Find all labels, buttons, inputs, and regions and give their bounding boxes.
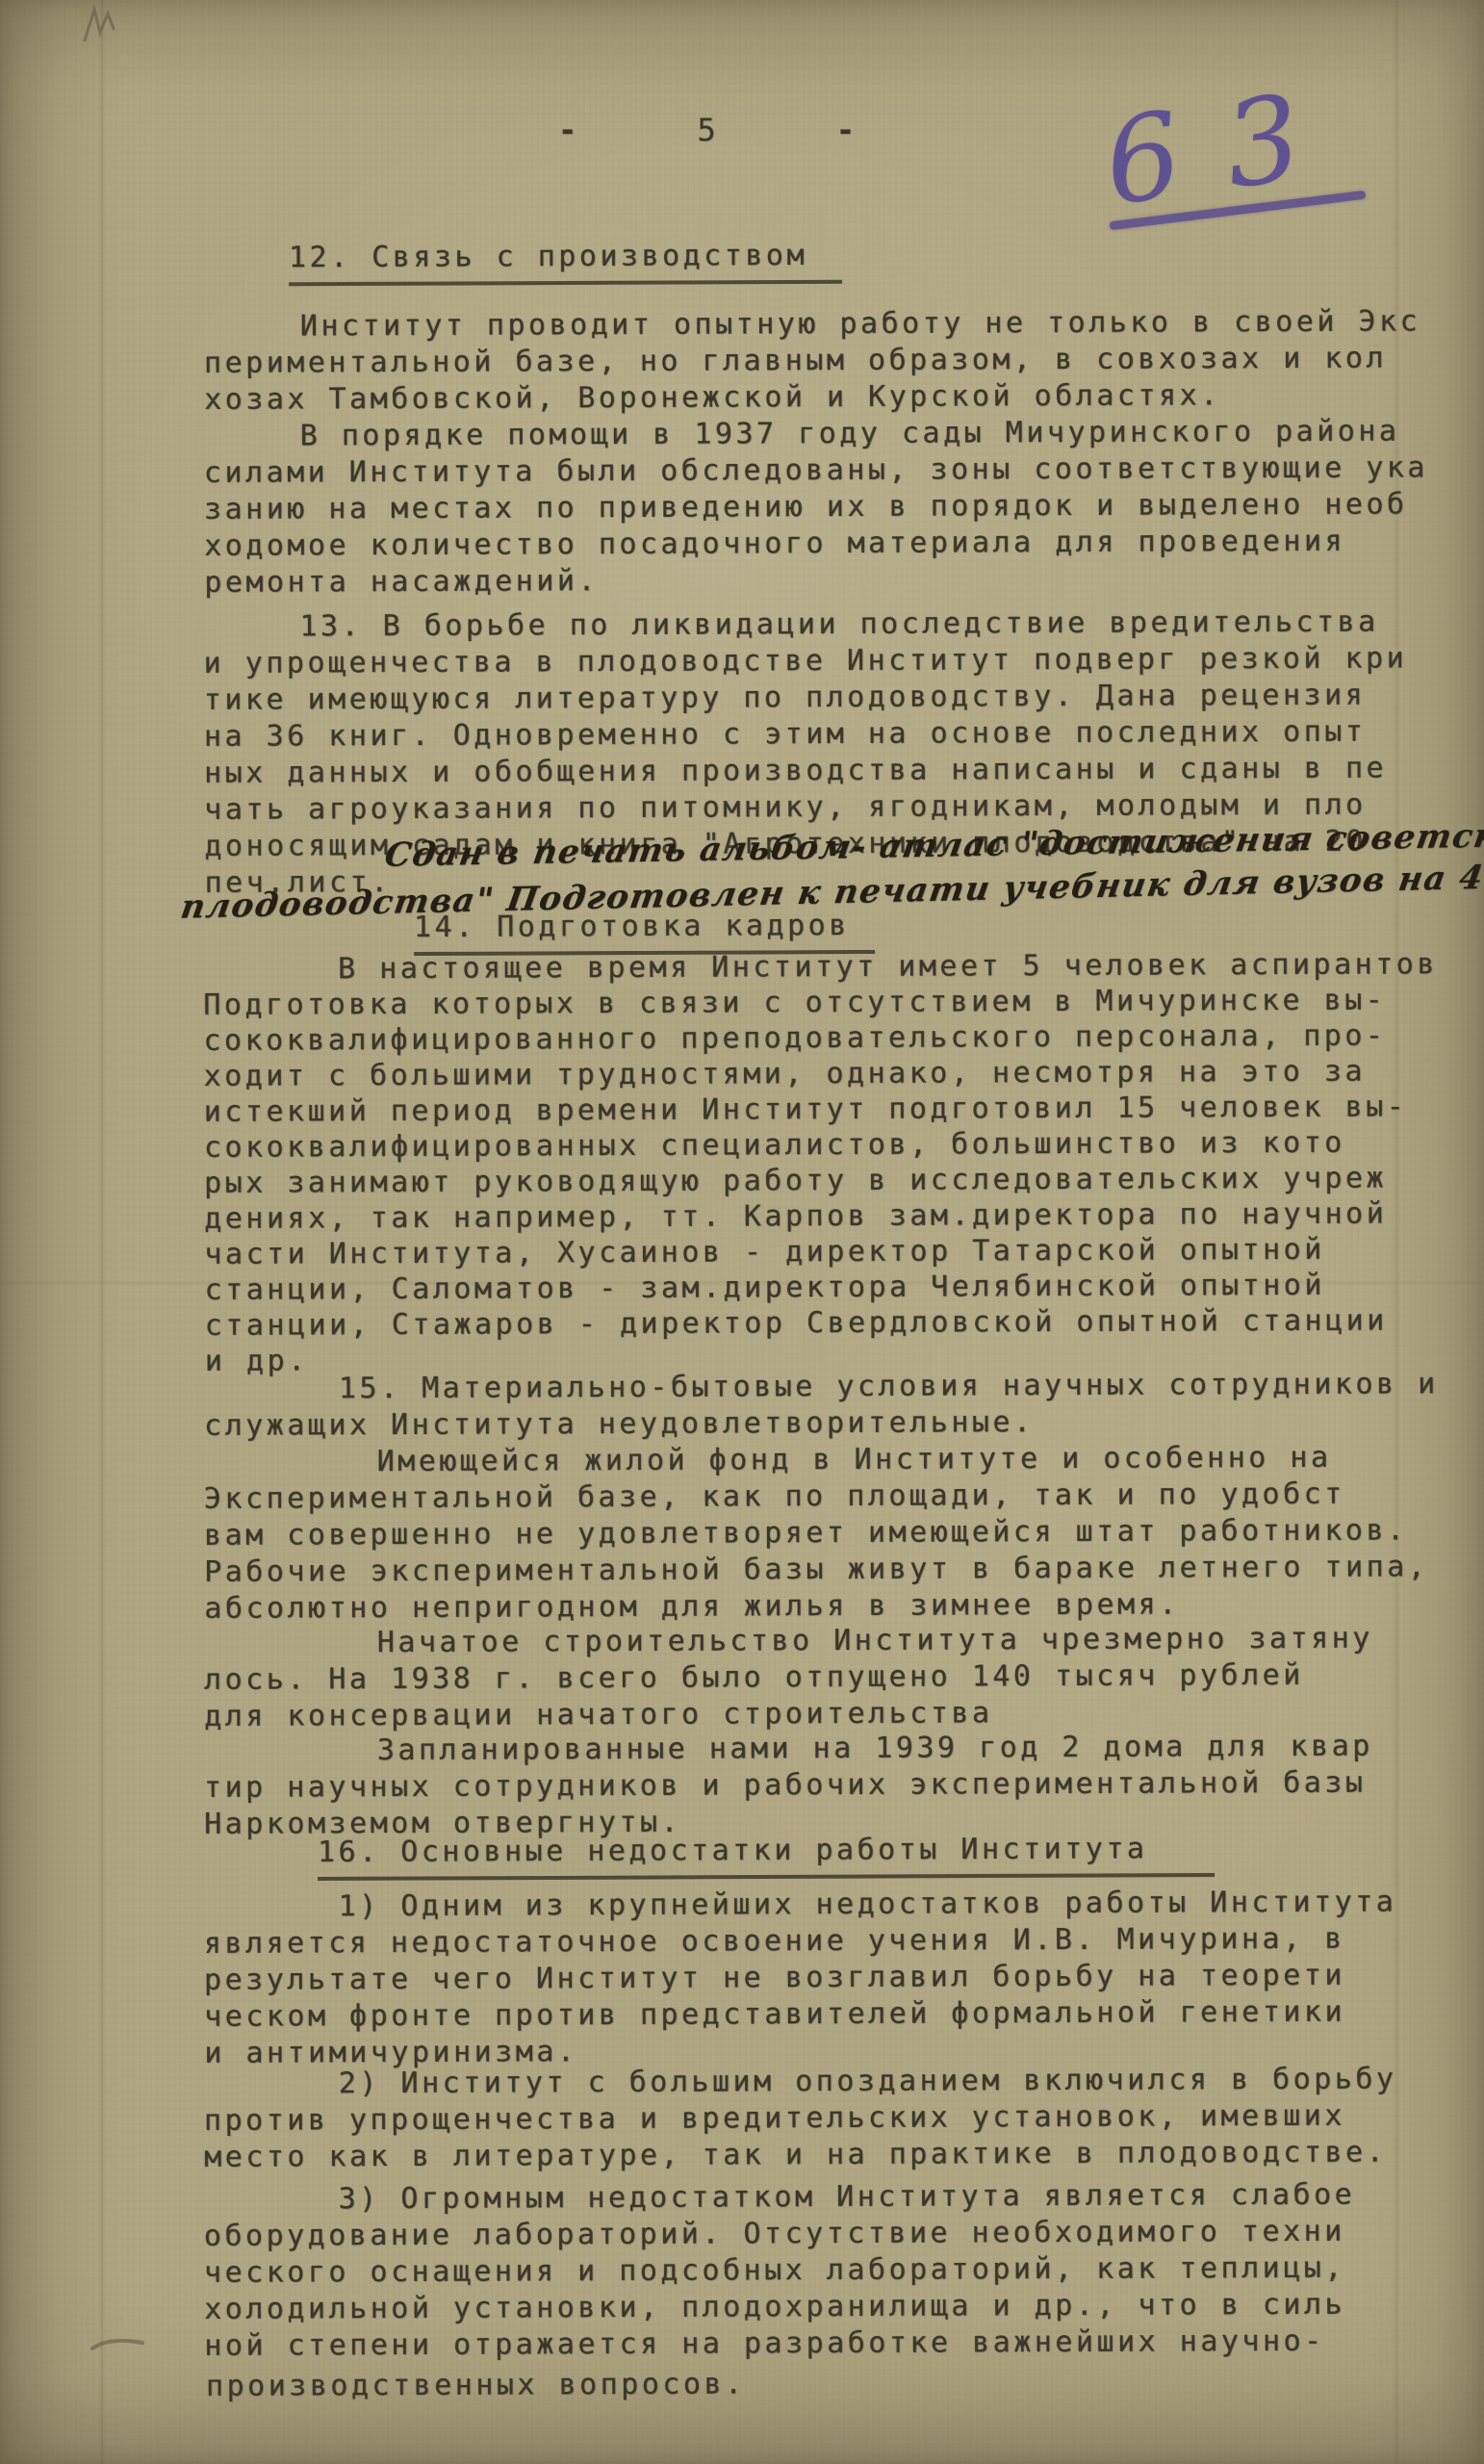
page-number-right-dash: -	[836, 112, 857, 148]
section-15-paragraph-3: Начатое строительство Института чрезмерн…	[204, 1620, 1484, 1735]
paper-crease-left	[100, 0, 104, 2464]
section-12-paragraph-1: Институт проводит опытную работу не толь…	[204, 303, 1484, 419]
section-16-item-2: 2) Институт с большим опозданием включил…	[204, 2061, 1484, 2176]
section-16-heading: 16. Основные недостатки работы Института	[318, 1831, 1215, 1881]
section-12-paragraph-2: В порядке помощи в 1937 году сады Мичури…	[204, 413, 1484, 602]
section-15-paragraph-4: Запланированные нами на 1939 год 2 дома …	[204, 1728, 1484, 1843]
scanned-document-page: - 5 - 63 12. Связь с производством Инсти…	[0, 0, 1484, 2464]
page-number-value: 5	[697, 112, 717, 148]
section-15-paragraph-1: 15. Материально-бытовые условия научных …	[204, 1366, 1484, 1445]
page-number-left-dash: -	[558, 112, 578, 148]
pencil-mark-bottom-left	[89, 2329, 146, 2358]
pencil-scribble-top-left	[75, 4, 127, 48]
section-14-paragraph: В настоящее время Институт имеет 5 челов…	[203, 946, 1484, 1379]
section-12-heading: 12. Связь с производством	[289, 238, 842, 287]
section-15-paragraph-2: Имеющейся жилой фонд в Институте и особе…	[204, 1439, 1484, 1628]
section-16-item-3: 3) Огромным недостатком Института являет…	[204, 2176, 1484, 2365]
page-number: - 5 -	[558, 112, 857, 148]
section-16-item-3-last-line: производственных вопросов.	[206, 2363, 1484, 2405]
section-16-item-1: 1) Одним из крупнейших недостатков работ…	[204, 1884, 1484, 2072]
